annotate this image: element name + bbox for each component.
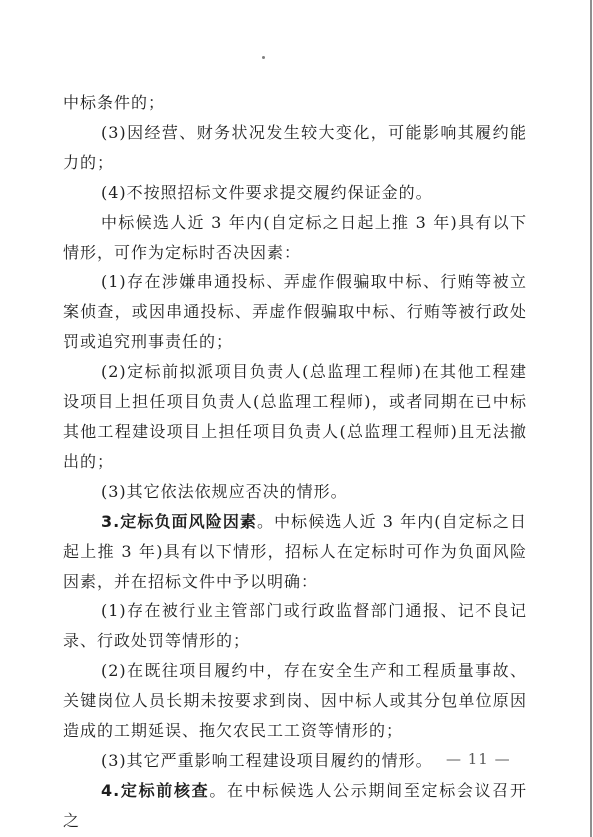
- paragraph: (1)存在涉嫌串通投标、弄虚作假骗取中标、行贿等被立案侦查，或因串通投标、弄虚作…: [63, 267, 527, 357]
- paragraph: (4)不按照招标文件要求提交履约保证金的。: [63, 178, 527, 208]
- text-run: 中标条件的；: [63, 93, 165, 112]
- page-number: — 11 —: [446, 750, 526, 768]
- text-run: (3)其它严重影响工程建设项目履约的情形。: [101, 751, 433, 770]
- text-run: (1)存在涉嫌串通投标、弄虚作假骗取中标、行贿等被立案侦查，或因串通投标、弄虚作…: [63, 272, 527, 351]
- paragraph: 3.定标负面风险因素。中标候选人近 3 年内(自定标之日起上推 3 年)具有以下…: [63, 507, 527, 597]
- paragraph: 中标条件的；: [63, 88, 527, 118]
- document-page: 中标条件的；(3)因经营、财务状况发生较大变化，可能影响其履约能力的；(4)不按…: [0, 0, 593, 837]
- paragraph: (2)定标前拟派项目负责人(总监理工程师)在其他工程建设项目上担任项目负责人(总…: [63, 357, 527, 477]
- text-run: (4)不按照招标文件要求提交履约保证金的。: [101, 183, 433, 202]
- paragraph: 中标候选人近 3 年内(自定标之日起上推 3 年)具有以下情形，可作为定标时否决…: [63, 208, 527, 268]
- scan-ink-speck: [262, 56, 265, 59]
- paragraph: (1)存在被行业主管部门或行政监督部门通报、记不良记录、行政处罚等情形的；: [63, 596, 527, 656]
- bold-heading-run: 4.定标前核查: [101, 781, 209, 800]
- text-run: (3)其它依法依规应否决的情形。: [101, 482, 348, 501]
- bold-heading-run: 3.定标负面风险因素: [101, 512, 257, 531]
- paragraph: (3)其它依法依规应否决的情形。: [63, 477, 527, 507]
- text-run: (3)因经营、财务状况发生较大变化，可能影响其履约能力的；: [63, 123, 527, 172]
- document-body: 中标条件的；(3)因经营、财务状况发生较大变化，可能影响其履约能力的；(4)不按…: [63, 88, 527, 836]
- paragraph: 4.定标前核查。在中标候选人公示期间至定标会议召开之: [63, 776, 527, 836]
- text-run: 中标候选人近 3 年内(自定标之日起上推 3 年)具有以下情形，可作为定标时否决…: [63, 213, 527, 262]
- scan-edge-line: [590, 0, 592, 837]
- text-run: (1)存在被行业主管部门或行政监督部门通报、记不良记录、行政处罚等情形的；: [63, 601, 527, 650]
- paragraph: (2)在既往项目履约中，存在安全生产和工程质量事故、关键岗位人员长期未按要求到岗…: [63, 656, 527, 746]
- text-run: (2)在既往项目履约中，存在安全生产和工程质量事故、关键岗位人员长期未按要求到岗…: [63, 661, 527, 740]
- text-run: (2)定标前拟派项目负责人(总监理工程师)在其他工程建设项目上担任项目负责人(总…: [63, 362, 527, 471]
- paragraph: (3)因经营、财务状况发生较大变化，可能影响其履约能力的；: [63, 118, 527, 178]
